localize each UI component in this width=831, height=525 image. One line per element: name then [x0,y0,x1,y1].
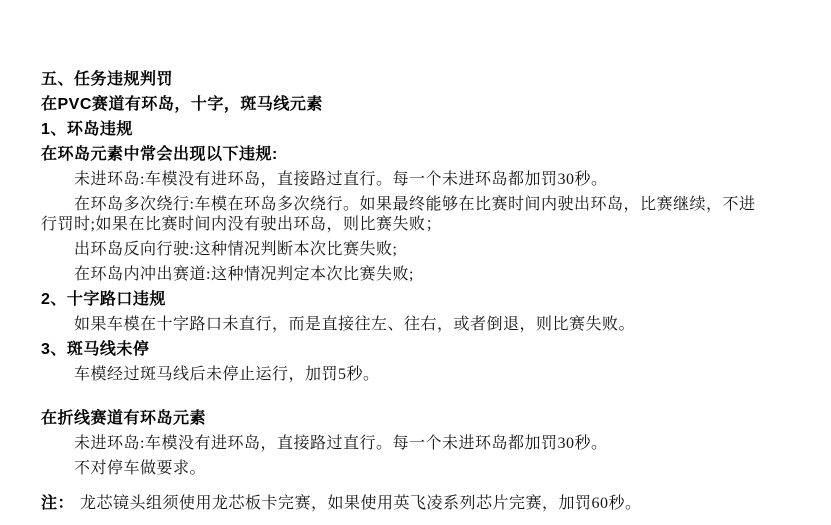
violation-exit-track: 在环岛内冲出赛道:这种情况判定本次比赛失败; [41,265,793,285]
note-text: 龙芯镜头组须使用龙芯板卡完赛，如果使用英飞凌系列芯片完赛，加罚60秒。 [80,495,642,512]
section-1-heading: 1、环岛违规 [41,120,793,140]
doc-title: 五、任务违规判罚 [41,70,793,90]
intro-line: 在PVC赛道有环岛，十字，斑马线元素 [41,95,793,115]
violation-no-enter-roundabout: 未进环岛:车模没有进环岛，直接路过直行。每一个未进环岛都加罚30秒。 [41,170,793,190]
note-label: 注： [41,495,74,512]
part-2-heading: 在折线赛道有环岛元素 [41,409,793,429]
part-2-rule-no-stop: 不对停车做要求。 [41,459,793,479]
part-2-rule-no-enter: 未进环岛:车模没有进环岛，直接路过直行。每一个未进环岛都加罚30秒。 [41,434,793,454]
document-page: 五、任务违规判罚 在PVC赛道有环岛，十字，斑马线元素 1、环岛违规 在环岛元素… [0,0,831,525]
section-1-lead: 在环岛元素中常会出现以下违规: [41,145,793,165]
section-2-heading: 2、十字路口违规 [41,290,793,310]
note-line: 注：龙芯镜头组须使用龙芯板卡完赛，如果使用英飞凌系列芯片完赛，加罚60秒。 [41,494,793,514]
section-3-rule: 车模经过斑马线后未停止运行，加罚5秒。 [41,365,793,385]
violation-multiple-loops-line-1: 在环岛多次绕行:车模在环岛多次绕行。如果最终能够在比赛时间内驶出环岛，比赛继续，… [41,195,793,215]
section-3-heading: 3、斑马线未停 [41,340,793,360]
violation-reverse-direction: 出环岛反向行驶:这种情况判断本次比赛失败; [41,240,793,260]
violation-multiple-loops-line-2: 行罚时;如果在比赛时间内没有驶出环岛，则比赛失败； [41,215,793,235]
section-2-rule: 如果车模在十字路口未直行，而是直接往左、往右，或者倒退，则比赛失败。 [41,315,793,335]
